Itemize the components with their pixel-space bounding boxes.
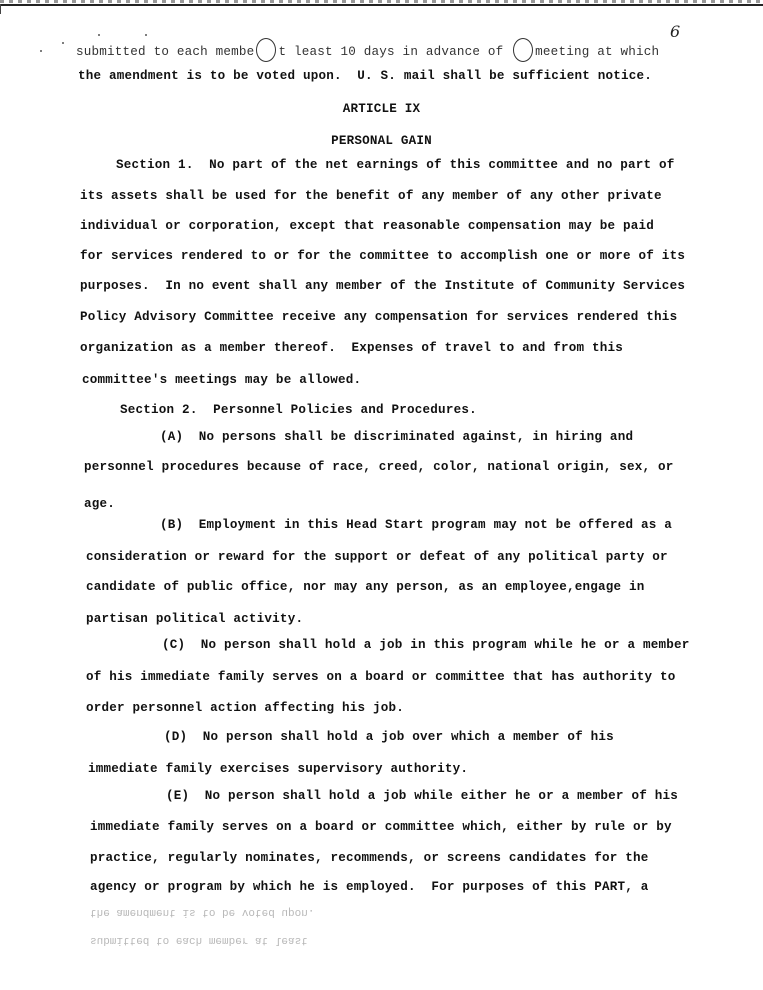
clause-e-line: agency or program by which he is employe… xyxy=(90,880,649,894)
section1-line: purposes. In no event shall any member o… xyxy=(80,279,685,293)
clause-d-line: immediate family exercises supervisory a… xyxy=(88,762,468,776)
clause-b-line: (B) Employment in this Head Start progra… xyxy=(160,518,672,532)
scan-speck xyxy=(40,50,42,52)
continuation-line-2: the amendment is to be voted upon. U. S.… xyxy=(78,69,652,83)
clause-e-line: immediate family serves on a board or co… xyxy=(90,820,672,834)
continuation-text-c: meeting at which xyxy=(535,45,659,59)
continuation-text-b: t least 10 days in advance of xyxy=(278,45,503,59)
section1-line: its assets shall be used for the benefit… xyxy=(80,189,662,203)
clause-c-line: (C) No person shall hold a job in this p… xyxy=(162,638,690,652)
continuation-text-a: submitted to each membe xyxy=(76,45,254,59)
scan-left-border xyxy=(0,4,1,14)
clause-c-line: of his immediate family serves on a boar… xyxy=(86,670,676,684)
scan-edge-dashes xyxy=(0,0,763,3)
punch-hole-icon xyxy=(256,38,276,62)
bleed-through-text: the amendment is to be voted upon. xyxy=(90,906,314,918)
continuation-line-1: submitted to each membet least 10 days i… xyxy=(76,38,659,62)
section1-line: organization as a member thereof. Expens… xyxy=(80,341,623,355)
section1-line: committee's meetings may be allowed. xyxy=(82,373,361,387)
clause-c-line: order personnel action affecting his job… xyxy=(86,701,404,715)
clause-b-line: candidate of public office, nor may any … xyxy=(86,580,645,594)
section1-line: individual or corporation, except that r… xyxy=(80,219,654,233)
clause-a-line: personnel procedures because of race, cr… xyxy=(84,460,674,474)
page-number: 6 xyxy=(670,22,680,41)
clause-e-line: practice, regularly nominates, recommend… xyxy=(90,851,649,865)
clause-a-line: age. xyxy=(84,497,115,511)
clause-d-line: (D) No person shall hold a job over whic… xyxy=(164,730,614,744)
section1-line: Policy Advisory Committee receive any co… xyxy=(80,310,677,324)
article-number: ARTICLE IX xyxy=(0,102,763,116)
scan-speck xyxy=(98,34,100,36)
clause-a-line: (A) No persons shall be discriminated ag… xyxy=(160,430,633,444)
section1-line: Section 1. No part of the net earnings o… xyxy=(116,158,675,172)
bleed-through-text: submitted to each member at least xyxy=(90,934,308,946)
punch-hole-icon xyxy=(513,38,533,62)
clause-b-line: consideration or reward for the support … xyxy=(86,550,668,564)
clause-b-line: partisan political activity. xyxy=(86,612,303,626)
scan-top-border xyxy=(0,4,763,6)
article-title: PERSONAL GAIN xyxy=(0,134,763,148)
clause-e-line: (E) No person shall hold a job while eit… xyxy=(166,789,678,803)
section1-line: for services rendered to or for the comm… xyxy=(80,249,685,263)
scan-speck xyxy=(145,34,147,36)
scan-speck xyxy=(62,42,64,44)
section2-heading: Section 2. Personnel Policies and Proced… xyxy=(120,403,477,417)
